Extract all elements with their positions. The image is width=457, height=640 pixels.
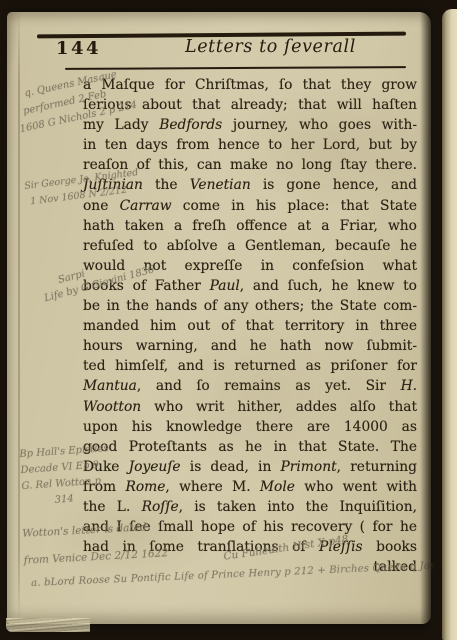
italic-text: Joyeuſe <box>129 459 181 475</box>
italic-text: H. <box>401 378 417 394</box>
roman-text: , returning <box>337 459 417 475</box>
body-lines: a Maſque for Chriſtmas, ſo that they gro… <box>83 75 417 557</box>
body-line: from Rome, where M. Mole who went with <box>83 477 417 497</box>
body-text: a Maſque for Chriſtmas, ſo that they gro… <box>83 75 417 577</box>
body-line: hours warning, and he hath now ſubmit- <box>83 336 417 356</box>
page-number: 144 <box>56 38 101 59</box>
italic-text: Bedfords <box>159 117 222 133</box>
roman-text: hath taken a freſh offence at a Friar, w… <box>83 218 417 234</box>
body-line: hath taken a freſh offence at a Friar, w… <box>83 216 417 236</box>
body-line: upon his knowledge there are 14000 as <box>83 417 417 437</box>
roman-text: is dead, in <box>181 459 281 475</box>
body-line: ted himſelf, and is returned as priſoner… <box>83 356 417 376</box>
italic-text: Primont <box>281 459 337 475</box>
roman-text: in ten days from hence to her Lord, but … <box>83 137 417 153</box>
roman-text: ted himſelf, and is returned as priſoner… <box>83 358 417 374</box>
roman-text: refuſed to abſolve a Gentleman, becauſe … <box>83 238 417 254</box>
roman-text: , and ſo remains as yet. Sir <box>137 378 401 394</box>
body-line: in ten days from hence to her Lord, but … <box>83 135 417 155</box>
running-title: Letters to ſeverall <box>185 37 356 57</box>
roman-text: is gone hence, and <box>251 177 417 193</box>
body-line: Duke Joyeuſe is dead, in Primont, return… <box>83 457 417 477</box>
roman-text: manded him out of that territory in thre… <box>83 318 417 334</box>
italic-text: Venetian <box>190 177 251 193</box>
stacked-page-edges <box>6 618 90 632</box>
adjacent-page-edge <box>442 9 457 640</box>
roman-text: who writ hither, addes alſo that <box>141 399 417 415</box>
roman-text: upon his knowledge there are 14000 as <box>83 419 417 435</box>
body-line: good Proteſtants as he in that State. Th… <box>83 437 417 457</box>
italic-text: Carraw <box>120 198 172 214</box>
italic-text: Wootton <box>83 399 141 415</box>
marginalia-note-bp-halls-epistles: Bp Hall's EpistlesDecade VI Ep 9G. Rel W… <box>19 441 113 511</box>
italic-text: Mole <box>260 479 295 495</box>
roman-text: hours warning, and he hath now ſubmit- <box>83 338 417 354</box>
roman-text: who went with <box>295 479 417 495</box>
roman-text: journey, who goes with- <box>222 117 417 133</box>
roman-text: , is taken into the Inquiſition, <box>179 499 417 515</box>
body-line: be in the hands of any others; the State… <box>83 296 417 316</box>
roman-text: good Proteſtants as he in that State. Th… <box>83 439 417 455</box>
roman-text: , and ſuch, he knew to <box>240 278 417 294</box>
book-gutter-shadow <box>420 0 444 640</box>
body-line: Wootton who writ hither, addes alſo that <box>83 397 417 417</box>
roman-text: books <box>363 539 417 555</box>
body-line: one Carraw come in his place: that State <box>83 196 417 216</box>
roman-text: , where M. <box>165 479 260 495</box>
roman-text: come in his place: that State <box>172 198 417 214</box>
body-line: manded him out of that territory in thre… <box>83 316 417 336</box>
italic-text: Paul <box>210 278 240 294</box>
body-line: my Lady Bedfords journey, who goes with- <box>83 115 417 135</box>
body-line: Mantua, and ſo remains as yet. Sir H. <box>83 376 417 396</box>
book-photo: 144 Letters to ſeverall a Maſque for Chr… <box>0 0 457 640</box>
italic-text: Mantua <box>83 378 137 394</box>
marginalia-note-wottons-letter: Wotton's letter is datedfrom Venice Dec … <box>22 513 169 574</box>
roman-text: the <box>143 177 190 193</box>
roman-text: be in the hands of any others; the State… <box>83 298 417 314</box>
book-page: 144 Letters to ſeverall a Maſque for Chr… <box>7 12 431 624</box>
italic-text: Rome <box>125 479 165 495</box>
